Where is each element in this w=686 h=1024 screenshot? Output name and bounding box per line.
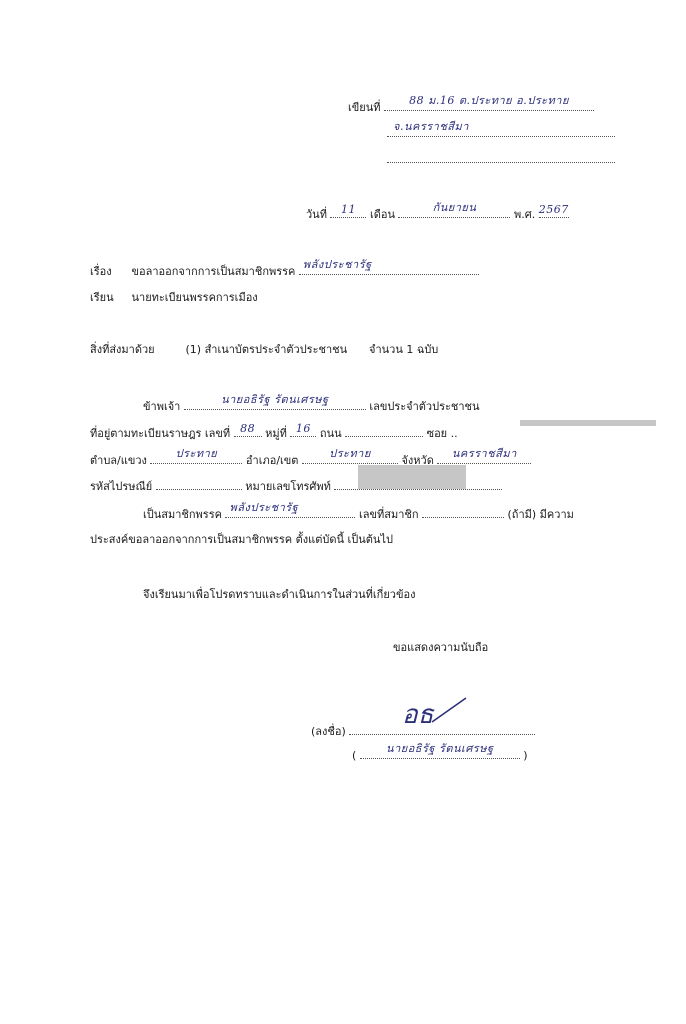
postal-field [156,475,242,490]
subject-label: เรื่อง [90,262,128,280]
phone-label: หมายเลขโทรศัพท์ [245,480,331,493]
written-at-row: เขียนที่ 88 ม.16 ต.ประทาย อ.ประทาย [348,96,594,116]
subdistrict-label: ตำบล/แขวง [90,454,147,467]
signature-stroke-icon [430,696,470,726]
member-no-label: เลขที่สมาชิก [359,508,419,521]
written-at-label: เขียนที่ [348,101,381,114]
name-label: ข้าพเจ้า [143,400,180,413]
date-row: วันที่ 11 เดือน กันยายน พ.ศ. 2567 [306,203,569,223]
date-day-field: 11 [330,203,366,218]
date-day-label: วันที่ [306,208,327,221]
address-label: ที่อยู่ตามทะเบียนราษฎร เลขที่ [90,427,230,440]
redacted-id-number [520,420,656,426]
district-label: อำเภอ/เขต [246,454,299,467]
attachment-label: สิ่งที่ส่งมาด้วย [90,340,182,358]
written-at-field-3 [387,148,615,163]
paren-close: ) [523,749,527,762]
if-any-label: (ถ้ามี) มีความ [508,508,574,521]
sign-label: (ลงชื่อ) [311,725,346,738]
signature: อธ [402,694,433,735]
id-label: เลขประจำตัวประชาชน [369,400,479,413]
subdistrict-field: ประทาย [150,449,242,464]
name-field: นายอธิรัฐ รัตนเศรษฐ [184,395,366,410]
to-label: เรียน [90,288,128,306]
address-row: ที่อยู่ตามทะเบียนราษฎร เลขที่ 88 หมู่ที่… [90,422,458,442]
member-no-field [422,503,504,518]
paren-open: ( [352,749,356,762]
district-field: ประทาย [302,449,398,464]
intent-text: ประสงค์ขอลาออกจากการเป็นสมาชิกพรรค ตั้งแ… [90,530,393,548]
moo-field: 16 [290,422,316,437]
name-row: ข้าพเจ้า นายอธิรัฐ รัตนเศรษฐ เลขประจำตัว… [143,395,480,415]
subject-text: ขอลาออกจากการเป็นสมาชิกพรรค [132,265,296,278]
date-month-label: เดือน [370,208,395,221]
printed-name-field: นายอธิรัฐ รัตนเศรษฐ [360,744,520,759]
party-label: เป็นสมาชิกพรรค [143,508,222,521]
date-year-field: 2567 [539,203,569,218]
redacted-phone-number [358,465,466,489]
printed-name-row: ( นายอธิรัฐ รัตนเศรษฐ ) [352,744,528,762]
to-row: เรียน นายทะเบียนพรรคการเมือง [90,288,258,306]
subject-party-field: พลังประชารัฐ [299,260,479,275]
party-field: พลังประชารัฐ [225,503,355,518]
attachment-item: (1) สำเนาบัตรประจำตัวประชาชน [186,340,366,358]
date-year-label: พ.ศ. [514,208,535,221]
house-no-field: 88 [234,422,262,437]
written-at-field-1: 88 ม.16 ต.ประทาย อ.ประทาย [384,96,594,111]
road-field [345,422,423,437]
subject-row: เรื่อง ขอลาออกจากการเป็นสมาชิกพรรค พลังป… [90,260,479,280]
soi-label: ซอย .. [427,427,458,440]
attachment-row: สิ่งที่ส่งมาด้วย (1) สำเนาบัตรประจำตัวปร… [90,340,438,358]
to-text: นายทะเบียนพรรคการเมือง [132,291,258,304]
province-field: นครราชสีมา [437,449,531,464]
date-month-field: กันยายน [398,203,510,218]
request-text: จึงเรียนมาเพื่อโปรดทราบและดำเนินการในส่ว… [143,585,415,603]
written-at-field-2: จ.นครราชสีมา [387,122,615,137]
regards-text: ขอแสดงความนับถือ [393,638,488,656]
postal-label: รหัสไปรษณีย์ [90,480,152,493]
party-row: เป็นสมาชิกพรรค พลังประชารัฐ เลขที่สมาชิก… [143,503,574,523]
road-label: ถนน [320,427,342,440]
moo-label: หมู่ที่ [265,427,287,440]
attachment-quantity: จำนวน 1 ฉบับ [369,343,438,356]
